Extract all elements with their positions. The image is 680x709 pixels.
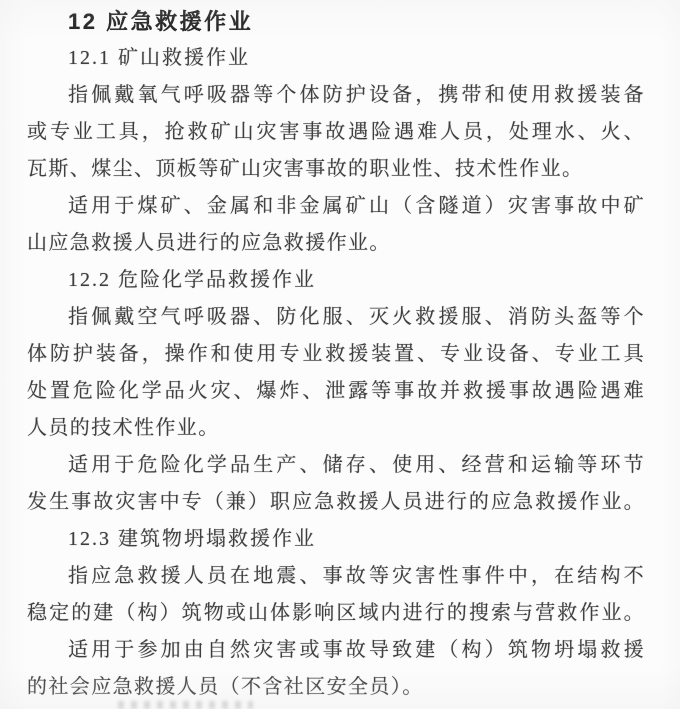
section-heading: 12.2 危险化学品救援作业 — [27, 267, 645, 304]
text-line: 稳定的建（构）筑物或山体影响区域内进行的搜索与营救作业。 — [27, 600, 645, 637]
section-heading: 12.3 建筑物坍塌救援作业 — [27, 526, 645, 563]
document-page: 12 应急救援作业12.1 矿山救援作业指佩戴氧气呼吸器等个体防护设备，携带和使… — [27, 8, 645, 709]
text-line: 适用于危险化学品生产、储存、使用、经营和运输等环节 — [27, 452, 645, 489]
text-line: 指应急救援人员在地震、事故等灾害性事件中，在结构不 — [27, 563, 645, 600]
text-line: 体防护装备，操作和使用专业救援装置、专业设备、专业工具 — [27, 341, 645, 378]
text-line: 指佩戴空气呼吸器、防化服、灭火救援服、消防头盔等个 — [27, 304, 645, 341]
text-line: 瓦斯、煤尘、顶板等矿山灾害事故的职业性、技术性作业。 — [27, 156, 645, 193]
section-heading: 12.1 矿山救援作业 — [27, 45, 645, 82]
text-line: 人员的技术性作业。 — [27, 415, 645, 452]
text-line: 山应急救援人员进行的应急救援作业。 — [27, 230, 645, 267]
text-line: 适用于煤矿、金属和非金属矿山（含隧道）灾害事故中矿 — [27, 193, 645, 230]
text-line: 处置危险化学品火灾、爆炸、泄露等事故并救援事故遇险遇难 — [27, 378, 645, 415]
text-line: 或专业工具，抢救矿山灾害事故遇险遇难人员，处理水、火、 — [27, 119, 645, 156]
text-line: 指佩戴氧气呼吸器等个体防护设备，携带和使用救援装备 — [27, 82, 645, 119]
document-title: 12 应急救援作业 — [27, 8, 645, 45]
text-line: 发生事故灾害中专（兼）职应急救援人员进行的应急救援作业。 — [27, 489, 645, 526]
text-line: 适用于参加由自然灾害或事故导致建（构）筑物坍塌救援 — [27, 637, 645, 674]
cut-off-text-remnant — [118, 701, 253, 709]
